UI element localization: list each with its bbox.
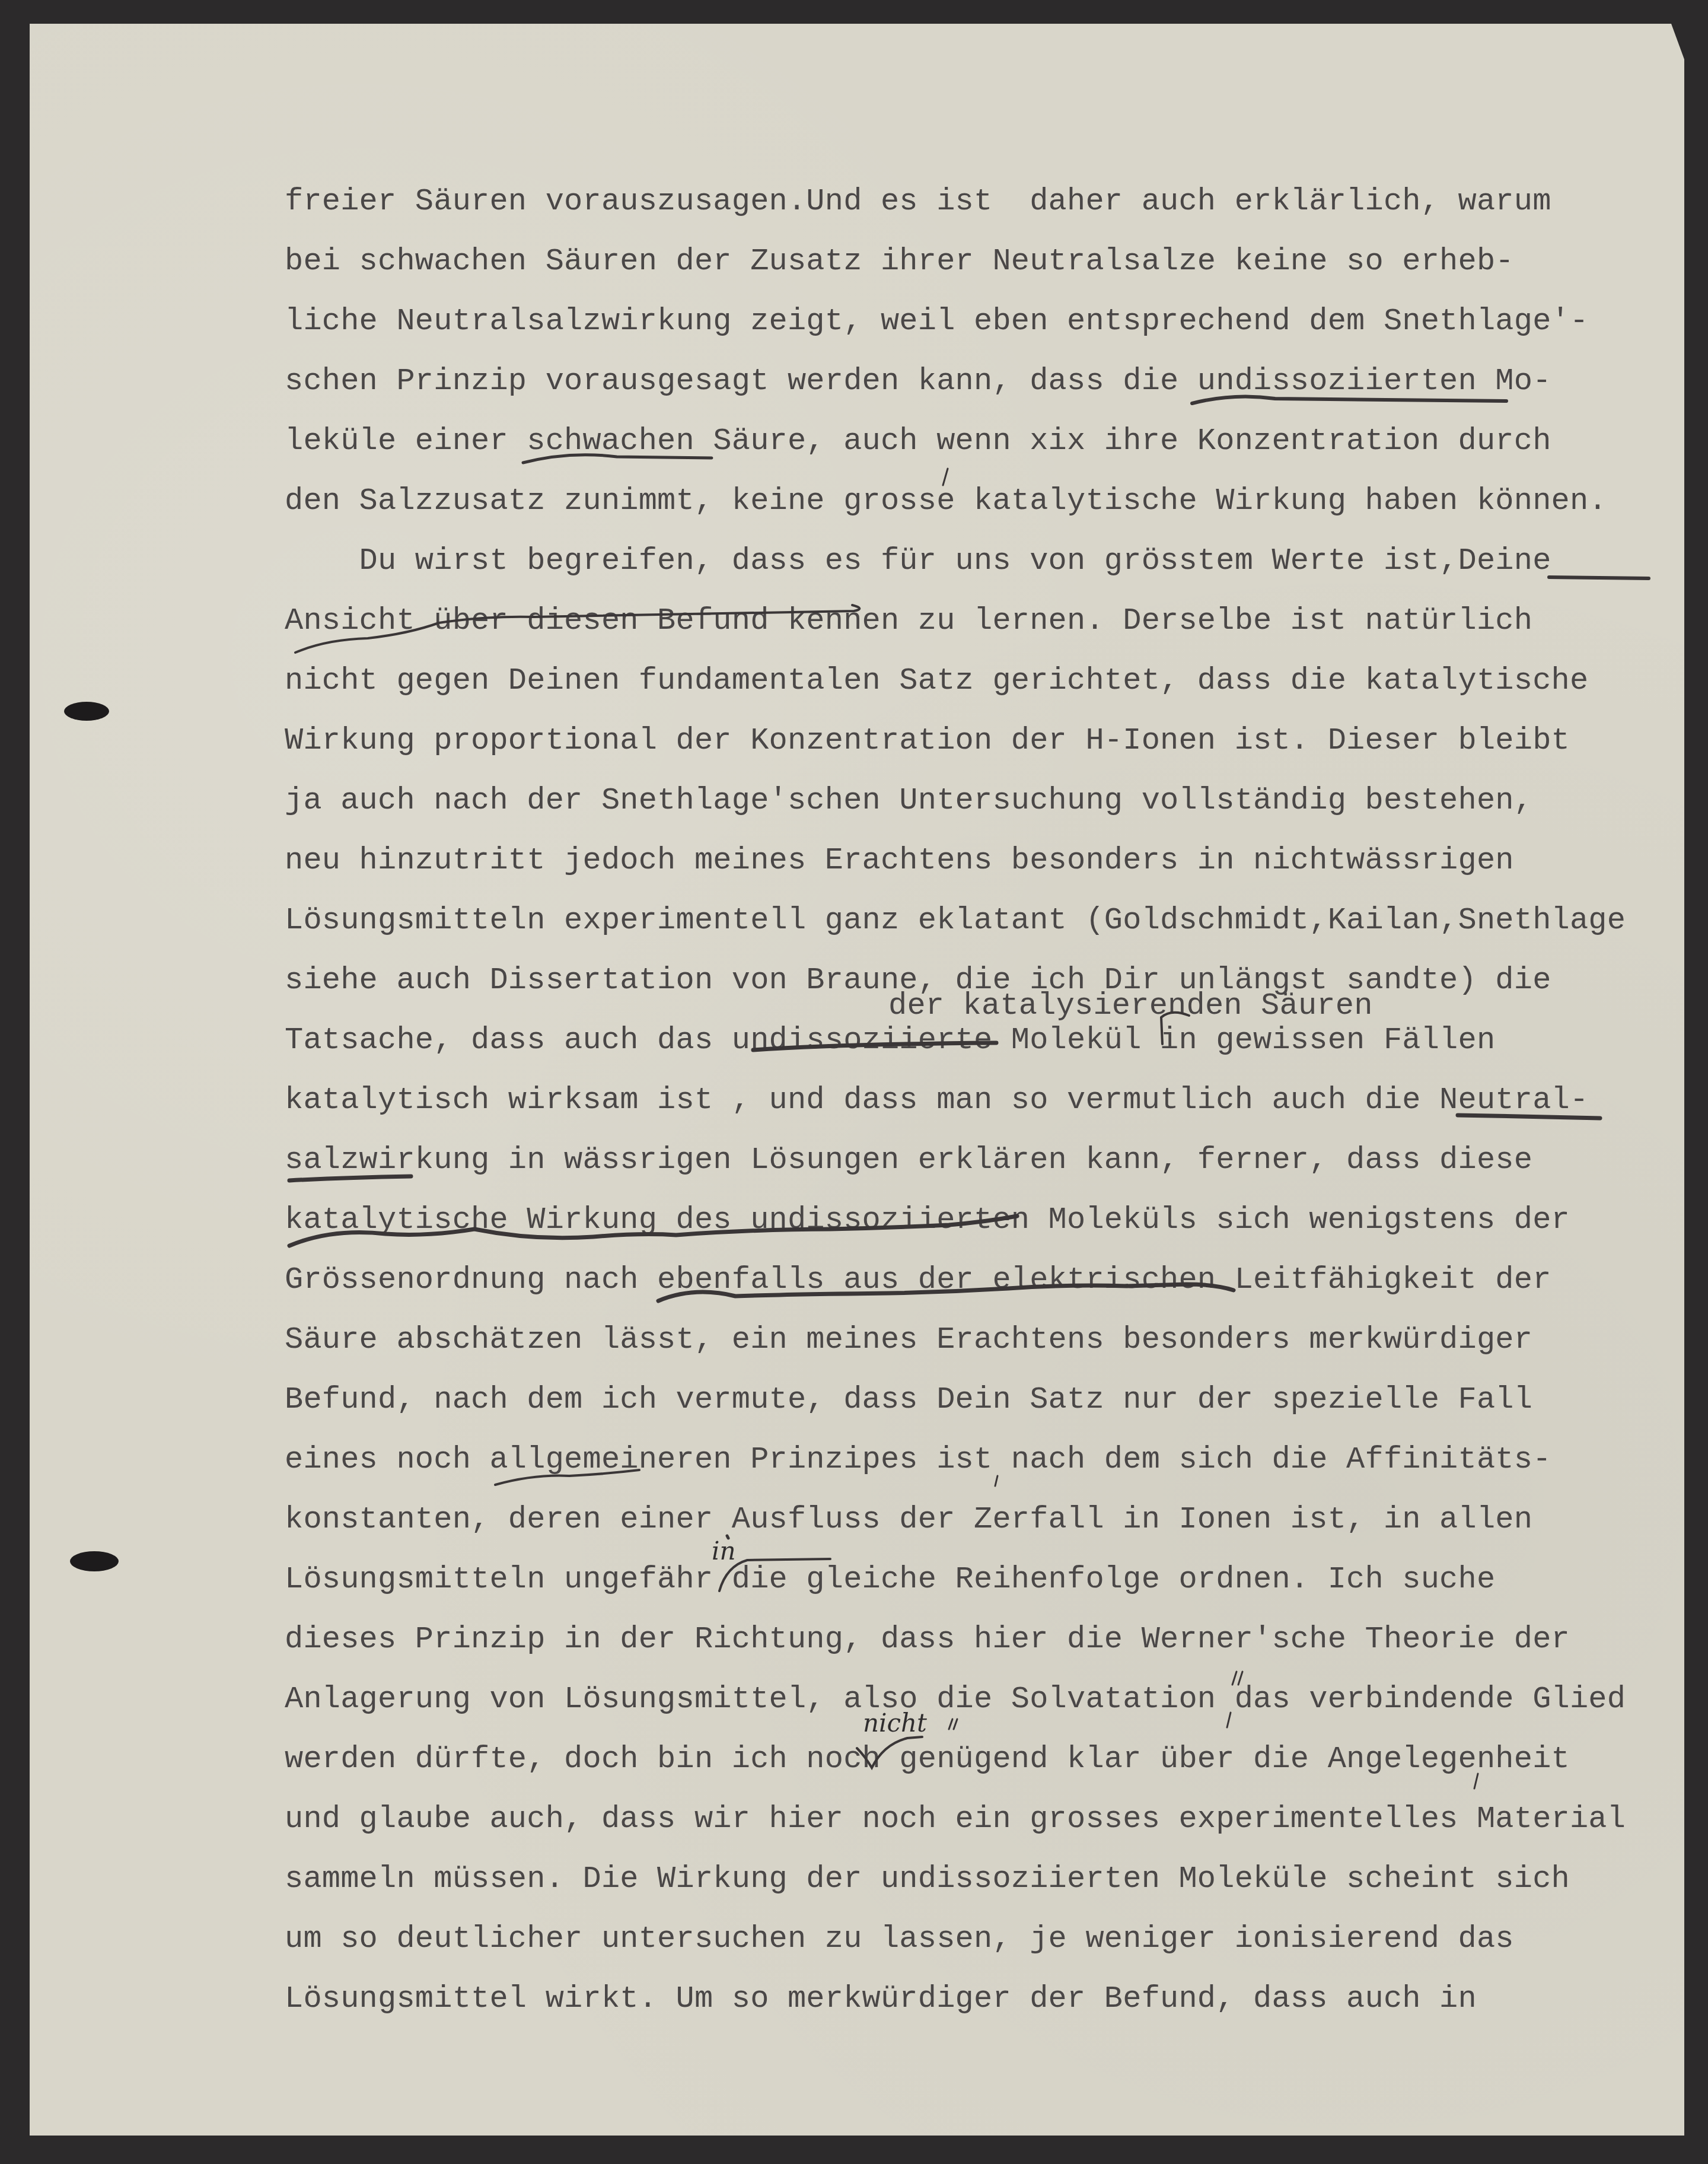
text-line-1: freier Säuren vorauszusagen.Und es ist d… <box>285 184 1551 219</box>
text-line-5: leküle einer schwachen Säure, auch wenn … <box>285 424 1551 459</box>
text-line-27: werden dürfte, doch bin ich noch genügen… <box>285 1742 1570 1777</box>
text-line-16: katalytisch wirksam ist , und dass man s… <box>285 1083 1588 1118</box>
text-line-17: salzwirkung in wässrigen Lösungen erklär… <box>285 1143 1532 1178</box>
text-line-18: katalytische Wirkung des undissoziierten… <box>285 1202 1570 1238</box>
text-line-6: den Salzzusatz zunimmt, keine grosse kat… <box>285 483 1607 519</box>
text-line-19: Grössenordnung nach ebenfalls aus der el… <box>285 1262 1551 1298</box>
handwritten-insert-in: in <box>712 1536 735 1565</box>
text-line-26: Anlagerung von Lösungsmittel, also die S… <box>285 1682 1626 1717</box>
text-line-7: Du wirst begreifen, dass es für uns von … <box>285 543 1551 579</box>
text-line-23: konstanten, deren einer Ausfluss der Zer… <box>285 1502 1532 1538</box>
text-line-21: Befund, nach dem ich vermute, dass Dein … <box>285 1382 1532 1418</box>
text-line-31: Lösungsmittel wirkt. Um so merkwürdiger … <box>285 1981 1477 2017</box>
text-line-24: Lösungsmitteln ungefähr die gleiche Reih… <box>285 1562 1495 1597</box>
text-line-2: bei schwachen Säuren der Zusatz ihrer Ne… <box>285 244 1514 279</box>
folded-corner <box>1671 24 1684 59</box>
text-line-20: Säure abschätzen lässt, ein meines Erach… <box>285 1322 1532 1358</box>
punch-hole-top <box>64 702 109 721</box>
text-line-3: liche Neutralsalzwirkung zeigt, weil ebe… <box>285 304 1588 339</box>
text-line-29: sammeln müssen. Die Wirkung der undissoz… <box>285 1861 1570 1897</box>
text-line-13: Lösungsmitteln experimentell ganz eklata… <box>285 903 1626 938</box>
text-line-30: um so deutlicher untersuchen zu lassen, … <box>285 1921 1514 1957</box>
text-line-10: Wirkung proportional der Konzentration d… <box>285 723 1570 759</box>
text-line-11: ja auch nach der Snethlage'schen Untersu… <box>285 783 1532 819</box>
text-line-4: schen Prinzip vorausgesagt werden kann, … <box>285 364 1551 399</box>
typed-insertion: der katalysierenden Säuren <box>888 988 1373 1024</box>
text-line-9: nicht gegen Deinen fundamentalen Satz ge… <box>285 663 1588 699</box>
punch-hole-bottom <box>70 1551 119 1571</box>
text-line-12: neu hinzutritt jedoch meines Erachtens b… <box>285 843 1514 879</box>
text-line-28: und glaube auch, dass wir hier noch ein … <box>285 1802 1626 1837</box>
text-line-8: Ansicht über diesen Befund kennen zu ler… <box>285 603 1532 639</box>
text-line-25: dieses Prinzip in der Richtung, dass hie… <box>285 1622 1570 1657</box>
handwritten-insert-nicht: nicht <box>863 1708 927 1737</box>
text-line-22: eines noch allgemeineren Prinzipes ist n… <box>285 1442 1551 1478</box>
text-line-15: Tatsache, dass auch das undissoziierte M… <box>285 1023 1495 1058</box>
